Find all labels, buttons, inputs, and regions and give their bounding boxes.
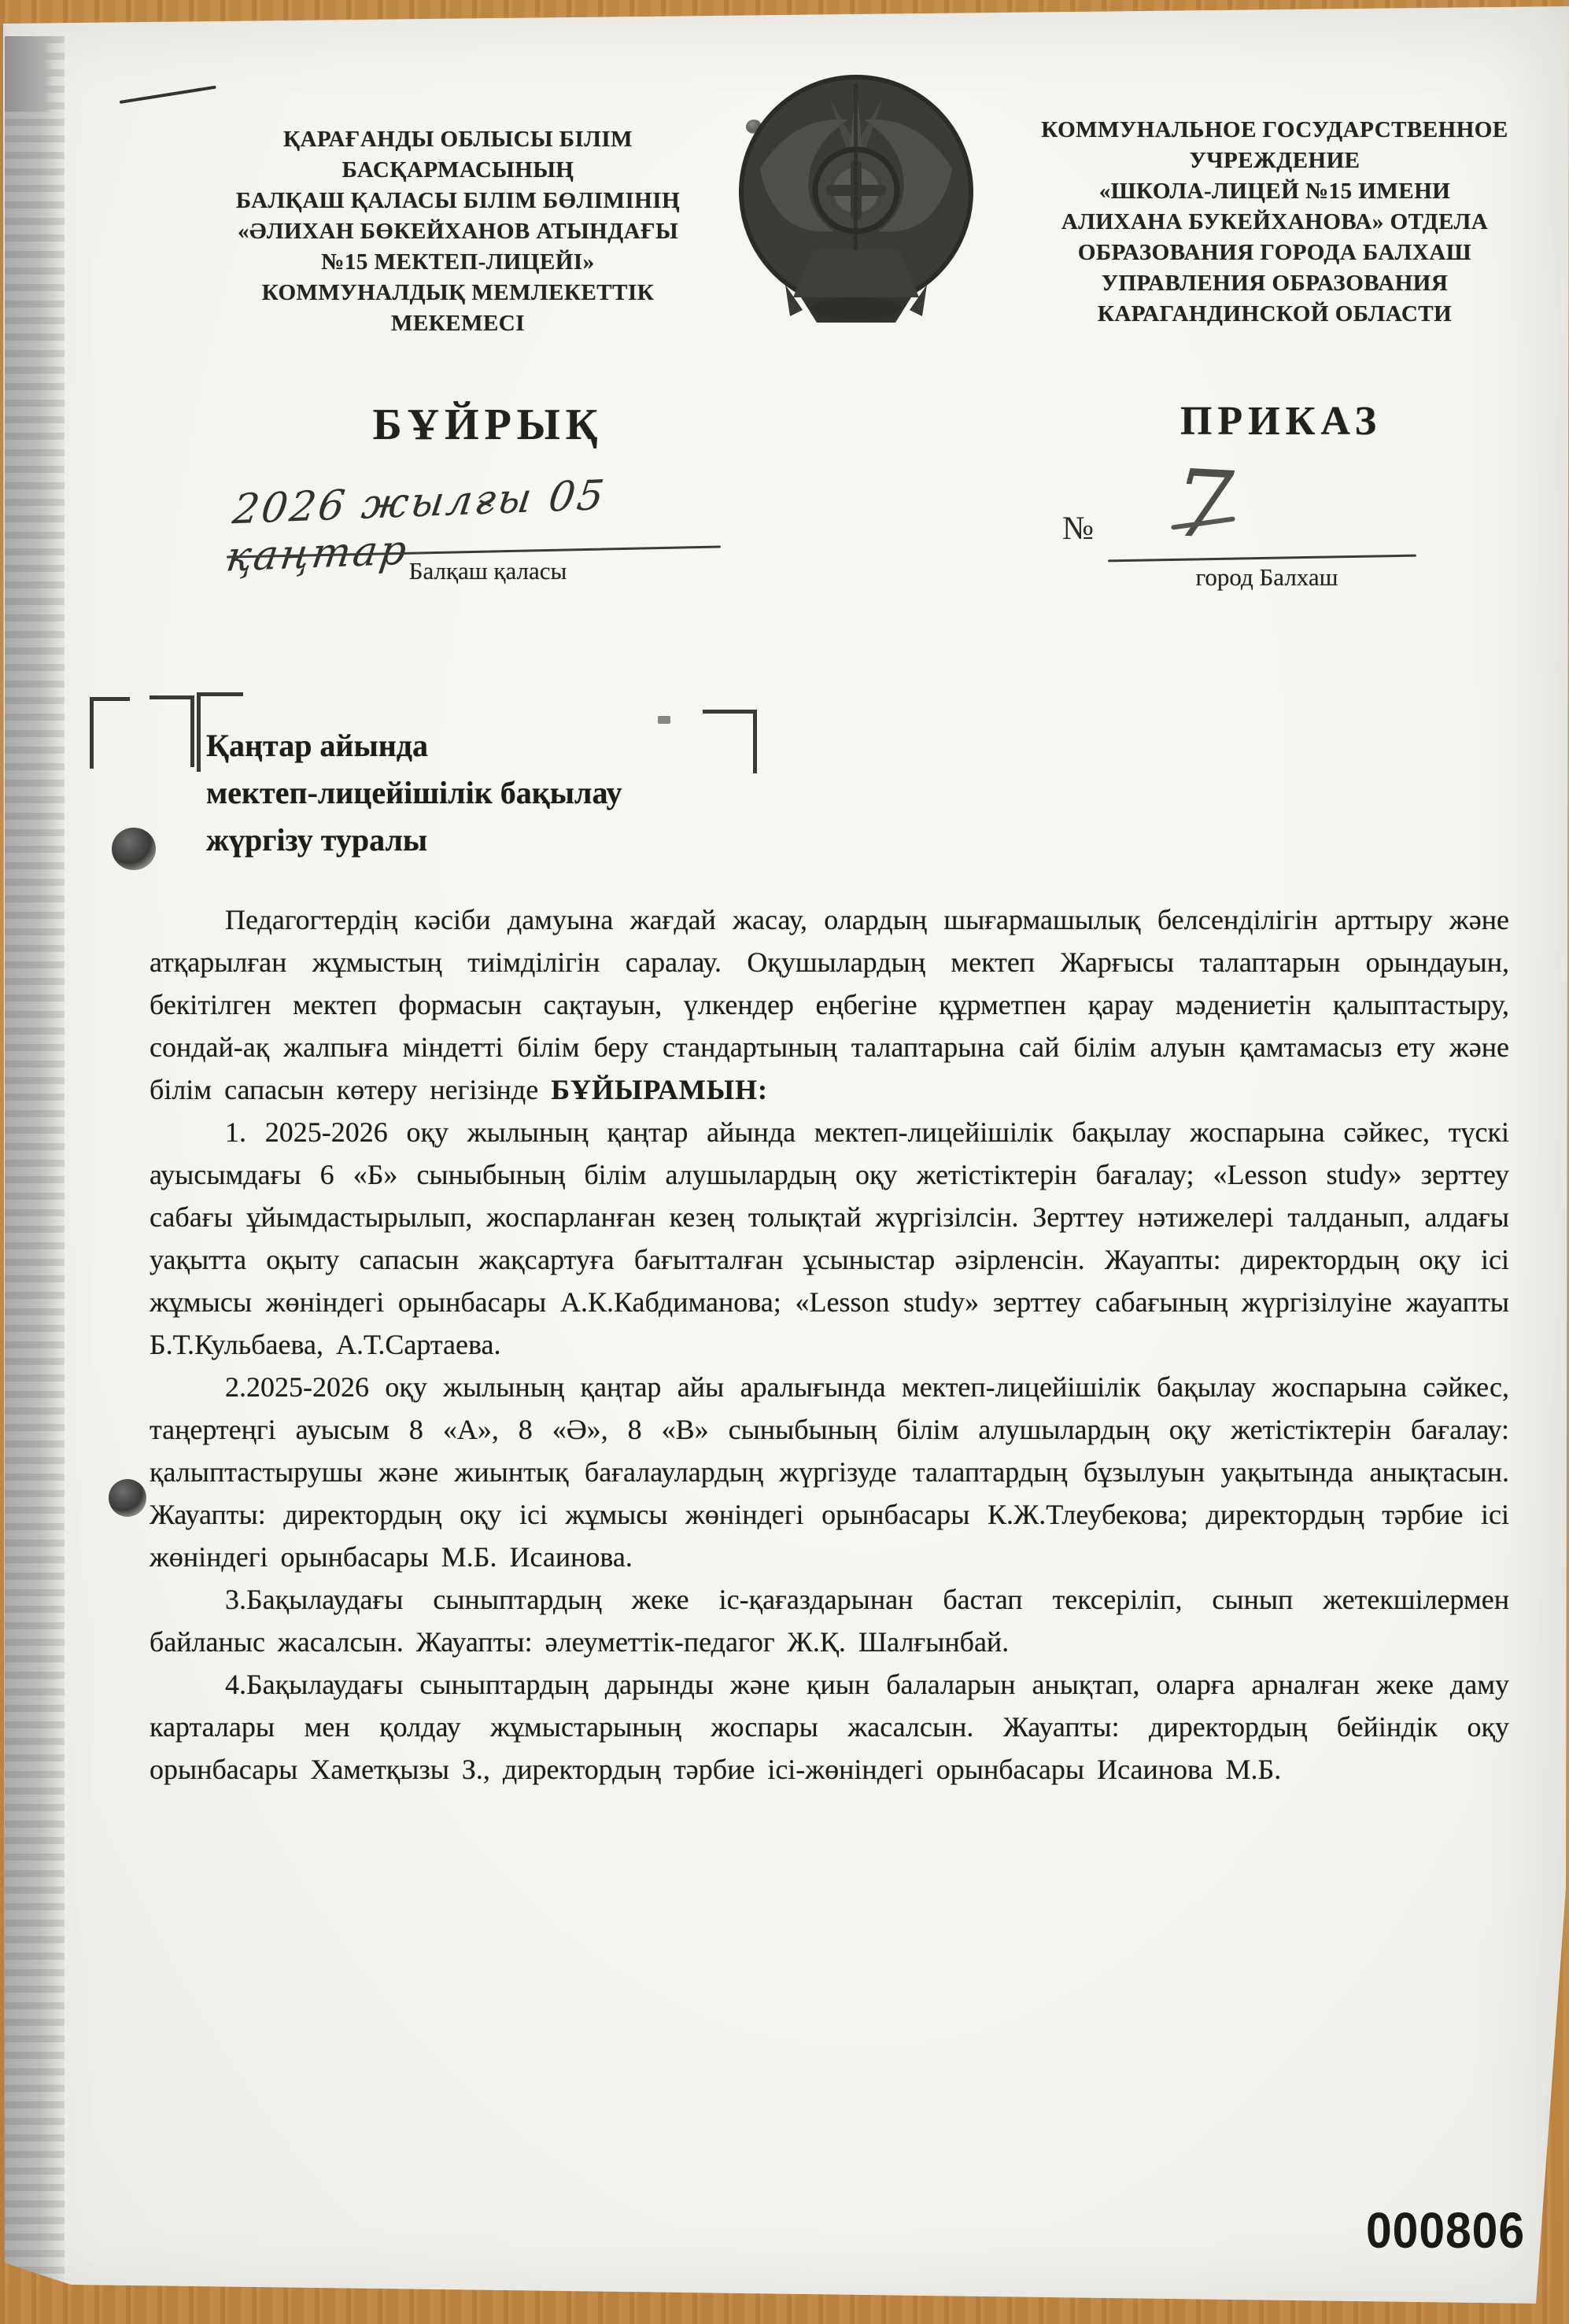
org-name-line: КОММУНАЛЬНОЕ ГОСУДАРСТВЕННОЕ <box>1028 115 1522 146</box>
order-intro-text: Педагогтердің кәсіби дамуына жағдай жаса… <box>150 904 1509 1105</box>
sheet-number-stamp: 000806 <box>1366 2201 1533 2259</box>
order-item-paragraph: 2.2025-2026 оқу жылының қаңтар айы аралы… <box>150 1366 1509 1578</box>
org-name-line: БАСҚАРМАСЫНЫҢ <box>222 155 694 186</box>
order-word-kazakh: БҰЙРЫҚ <box>370 400 606 450</box>
org-name-line: УЧРЕЖДЕНИЕ <box>1028 146 1522 176</box>
order-item-paragraph: 3.Бақылаудағы сыныптардың жеке іс-қағазд… <box>150 1578 1509 1663</box>
scanner-shadow-band <box>5 36 65 2285</box>
org-name-line: №15 МЕКТЕП-ЛИЦЕЙІ» <box>222 247 694 278</box>
scanned-order-document: ҚАРАҒАНДЫ ОБЛЫСЫ БІЛІМБАСҚАРМАСЫНЫҢБАЛҚА… <box>0 0 1569 2324</box>
org-name-line: «ӘЛИХАН БӨКЕЙХАНОВ АТЫНДАҒЫ <box>222 216 694 247</box>
org-name-russian: КОММУНАЛЬНОЕ ГОСУДАРСТВЕННОЕУЧРЕЖДЕНИЕ«Ш… <box>1028 115 1522 330</box>
org-name-line: КОММУНАЛДЫҚ МЕМЛЕКЕТТІК <box>222 278 694 308</box>
org-name-line: ҚАРАҒАНДЫ ОБЛЫСЫ БІЛІМ <box>222 124 694 155</box>
org-name-line: БАЛҚАШ ҚАЛАСЫ БІЛІМ БӨЛІМІНІҢ <box>222 186 694 216</box>
document-page: ҚАРАҒАНДЫ ОБЛЫСЫ БІЛІМБАСҚАРМАСЫНЫҢБАЛҚА… <box>0 0 1569 2324</box>
org-name-line: «ШКОЛА-ЛИЦЕЙ №15 ИМЕНИ <box>1028 176 1522 207</box>
order-items: 1. 2025-2026 оқу жылының қаңтар айында м… <box>150 1111 1509 1791</box>
number-sign-label: № <box>1062 510 1094 548</box>
corner-mark <box>150 695 194 767</box>
order-subject-line: мектеп-лицейішілік бақылау <box>206 769 804 817</box>
order-subject-line: Қаңтар айында <box>206 722 804 769</box>
hole-punch-shadow <box>109 1479 146 1517</box>
place-label-kazakh: Балқаш қаласы <box>338 557 637 585</box>
place-label-russian: город Балхаш <box>1125 563 1408 592</box>
kazakhstan-emblem-icon <box>738 72 974 336</box>
handwritten-order-number: 7 <box>1171 448 1235 560</box>
org-name-line: ОБРАЗОВАНИЯ ГОРОДА БАЛХАШ <box>1028 238 1522 268</box>
order-resolve-word: БҰЙЫРАМЫН: <box>551 1074 768 1105</box>
order-intro-paragraph: Педагогтердің кәсіби дамуына жағдай жаса… <box>150 898 1509 1111</box>
hole-punch-shadow <box>112 828 156 870</box>
org-name-line: УПРАВЛЕНИЯ ОБРАЗОВАНИЯ <box>1028 268 1522 299</box>
org-name-line: КАРАГАНДИНСКОЙ ОБЛАСТИ <box>1028 299 1522 330</box>
number-underline <box>1108 555 1416 563</box>
order-word-russian: ПРИКАЗ <box>1163 398 1399 445</box>
order-subject-line: жүргізу туралы <box>206 817 804 864</box>
org-name-line: АЛИХАНА БУКЕЙХАНОВА» ОТДЕЛА <box>1028 207 1522 238</box>
order-item-paragraph: 4.Бақылаудағы сыныптардың дарынды және қ… <box>150 1663 1509 1791</box>
scanner-shadow-band-dark <box>5 36 52 112</box>
pen-stroke-mark <box>120 86 216 104</box>
order-subject: Қаңтар айындамектеп-лицейішілік бақылауж… <box>206 722 804 864</box>
org-name-kazakh: ҚАРАҒАНДЫ ОБЛЫСЫ БІЛІМБАСҚАРМАСЫНЫҢБАЛҚА… <box>222 124 694 339</box>
org-name-line: МЕКЕМЕСІ <box>222 308 694 339</box>
corner-mark <box>90 697 130 769</box>
order-body: Педагогтердің кәсіби дамуына жағдай жаса… <box>150 898 1509 1791</box>
order-item-paragraph: 1. 2025-2026 оқу жылының қаңтар айында м… <box>150 1111 1509 1366</box>
